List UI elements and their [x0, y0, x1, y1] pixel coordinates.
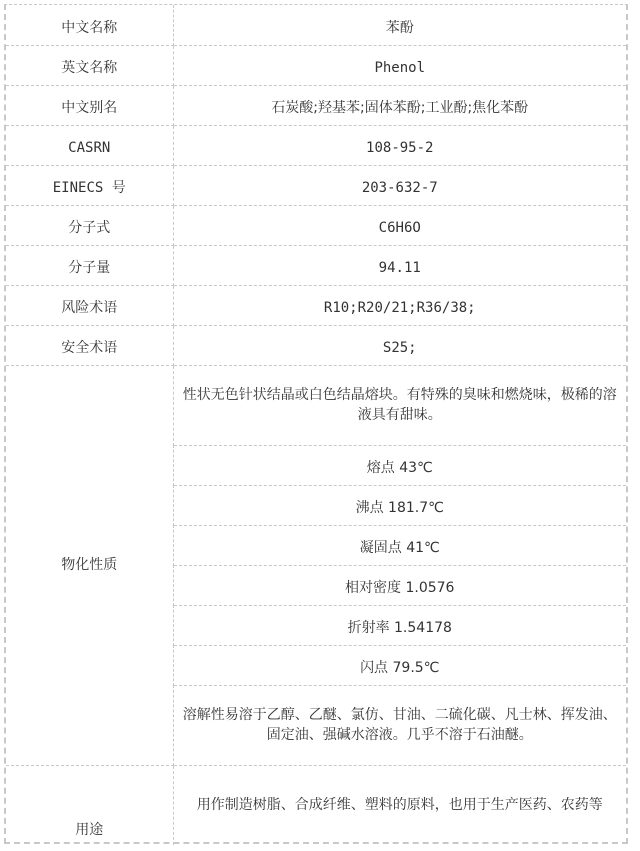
table-row-aliases: 中文别名 石炭酸;羟基苯;固体苯酚;工业酚;焦化苯酚	[6, 85, 626, 125]
table-row-risk-phrases: 风险术语 R10;R20/21;R36/38;	[6, 285, 626, 325]
row-value: R10;R20/21;R36/38;	[173, 285, 626, 325]
row-value: 苯酚	[173, 5, 626, 45]
table-row-english-name: 英文名称 Phenol	[6, 45, 626, 85]
row-label: EINECS 号	[6, 165, 173, 205]
row-value: 203-632-7	[173, 165, 626, 205]
table-row-properties-appearance: 物化性质 性状无色针状结晶或白色结晶熔块。有特殊的臭味和燃烧味，极稀的溶液具有甜…	[6, 365, 626, 445]
property-solubility: 溶解性易溶于乙醇、乙醚、氯仿、甘油、二硫化碳、凡士林、挥发油、固定油、强碱水溶液…	[173, 685, 626, 765]
row-label: 分子式	[6, 205, 173, 245]
table-row-casrn: CASRN 108-95-2	[6, 125, 626, 165]
row-value: 石炭酸;羟基苯;固体苯酚;工业酚;焦化苯酚	[173, 85, 626, 125]
phenol-info-table: 中文名称 苯酚 英文名称 Phenol 中文别名 石炭酸;羟基苯;固体苯酚;工业…	[6, 5, 626, 845]
row-value: Phenol	[173, 45, 626, 85]
table-row-safety-phrases: 安全术语 S25;	[6, 325, 626, 365]
property-freezing-point: 凝固点 41℃	[173, 525, 626, 565]
row-label: 中文名称	[6, 5, 173, 45]
table-row-usage: 用途 用作制造树脂、合成纤维、塑料的原料，也用于生产医药、农药等	[6, 765, 626, 845]
usage-label: 用途	[6, 765, 173, 845]
table-row-chinese-name: 中文名称 苯酚	[6, 5, 626, 45]
row-value: S25;	[173, 325, 626, 365]
row-value: C6H6O	[173, 205, 626, 245]
row-label: 分子量	[6, 245, 173, 285]
property-flash-point: 闪点 79.5℃	[173, 645, 626, 685]
property-melting-point: 熔点 43℃	[173, 445, 626, 485]
row-value: 108-95-2	[173, 125, 626, 165]
property-boiling-point: 沸点 181.7℃	[173, 485, 626, 525]
row-label: 风险术语	[6, 285, 173, 325]
chemical-info-sheet: 中文名称 苯酚 英文名称 Phenol 中文别名 石炭酸;羟基苯;固体苯酚;工业…	[4, 4, 628, 844]
property-relative-density: 相对密度 1.0576	[173, 565, 626, 605]
property-appearance: 性状无色针状结晶或白色结晶熔块。有特殊的臭味和燃烧味，极稀的溶液具有甜味。	[173, 365, 626, 445]
row-label: 英文名称	[6, 45, 173, 85]
properties-label: 物化性质	[6, 365, 173, 765]
table-row-einecs: EINECS 号 203-632-7	[6, 165, 626, 205]
row-value: 94.11	[173, 245, 626, 285]
table-row-molecular-weight: 分子量 94.11	[6, 245, 626, 285]
row-label: CASRN	[6, 125, 173, 165]
property-refractive-index: 折射率 1.54178	[173, 605, 626, 645]
table-row-formula: 分子式 C6H6O	[6, 205, 626, 245]
usage-value: 用作制造树脂、合成纤维、塑料的原料，也用于生产医药、农药等	[173, 765, 626, 845]
row-label: 中文别名	[6, 85, 173, 125]
row-label: 安全术语	[6, 325, 173, 365]
